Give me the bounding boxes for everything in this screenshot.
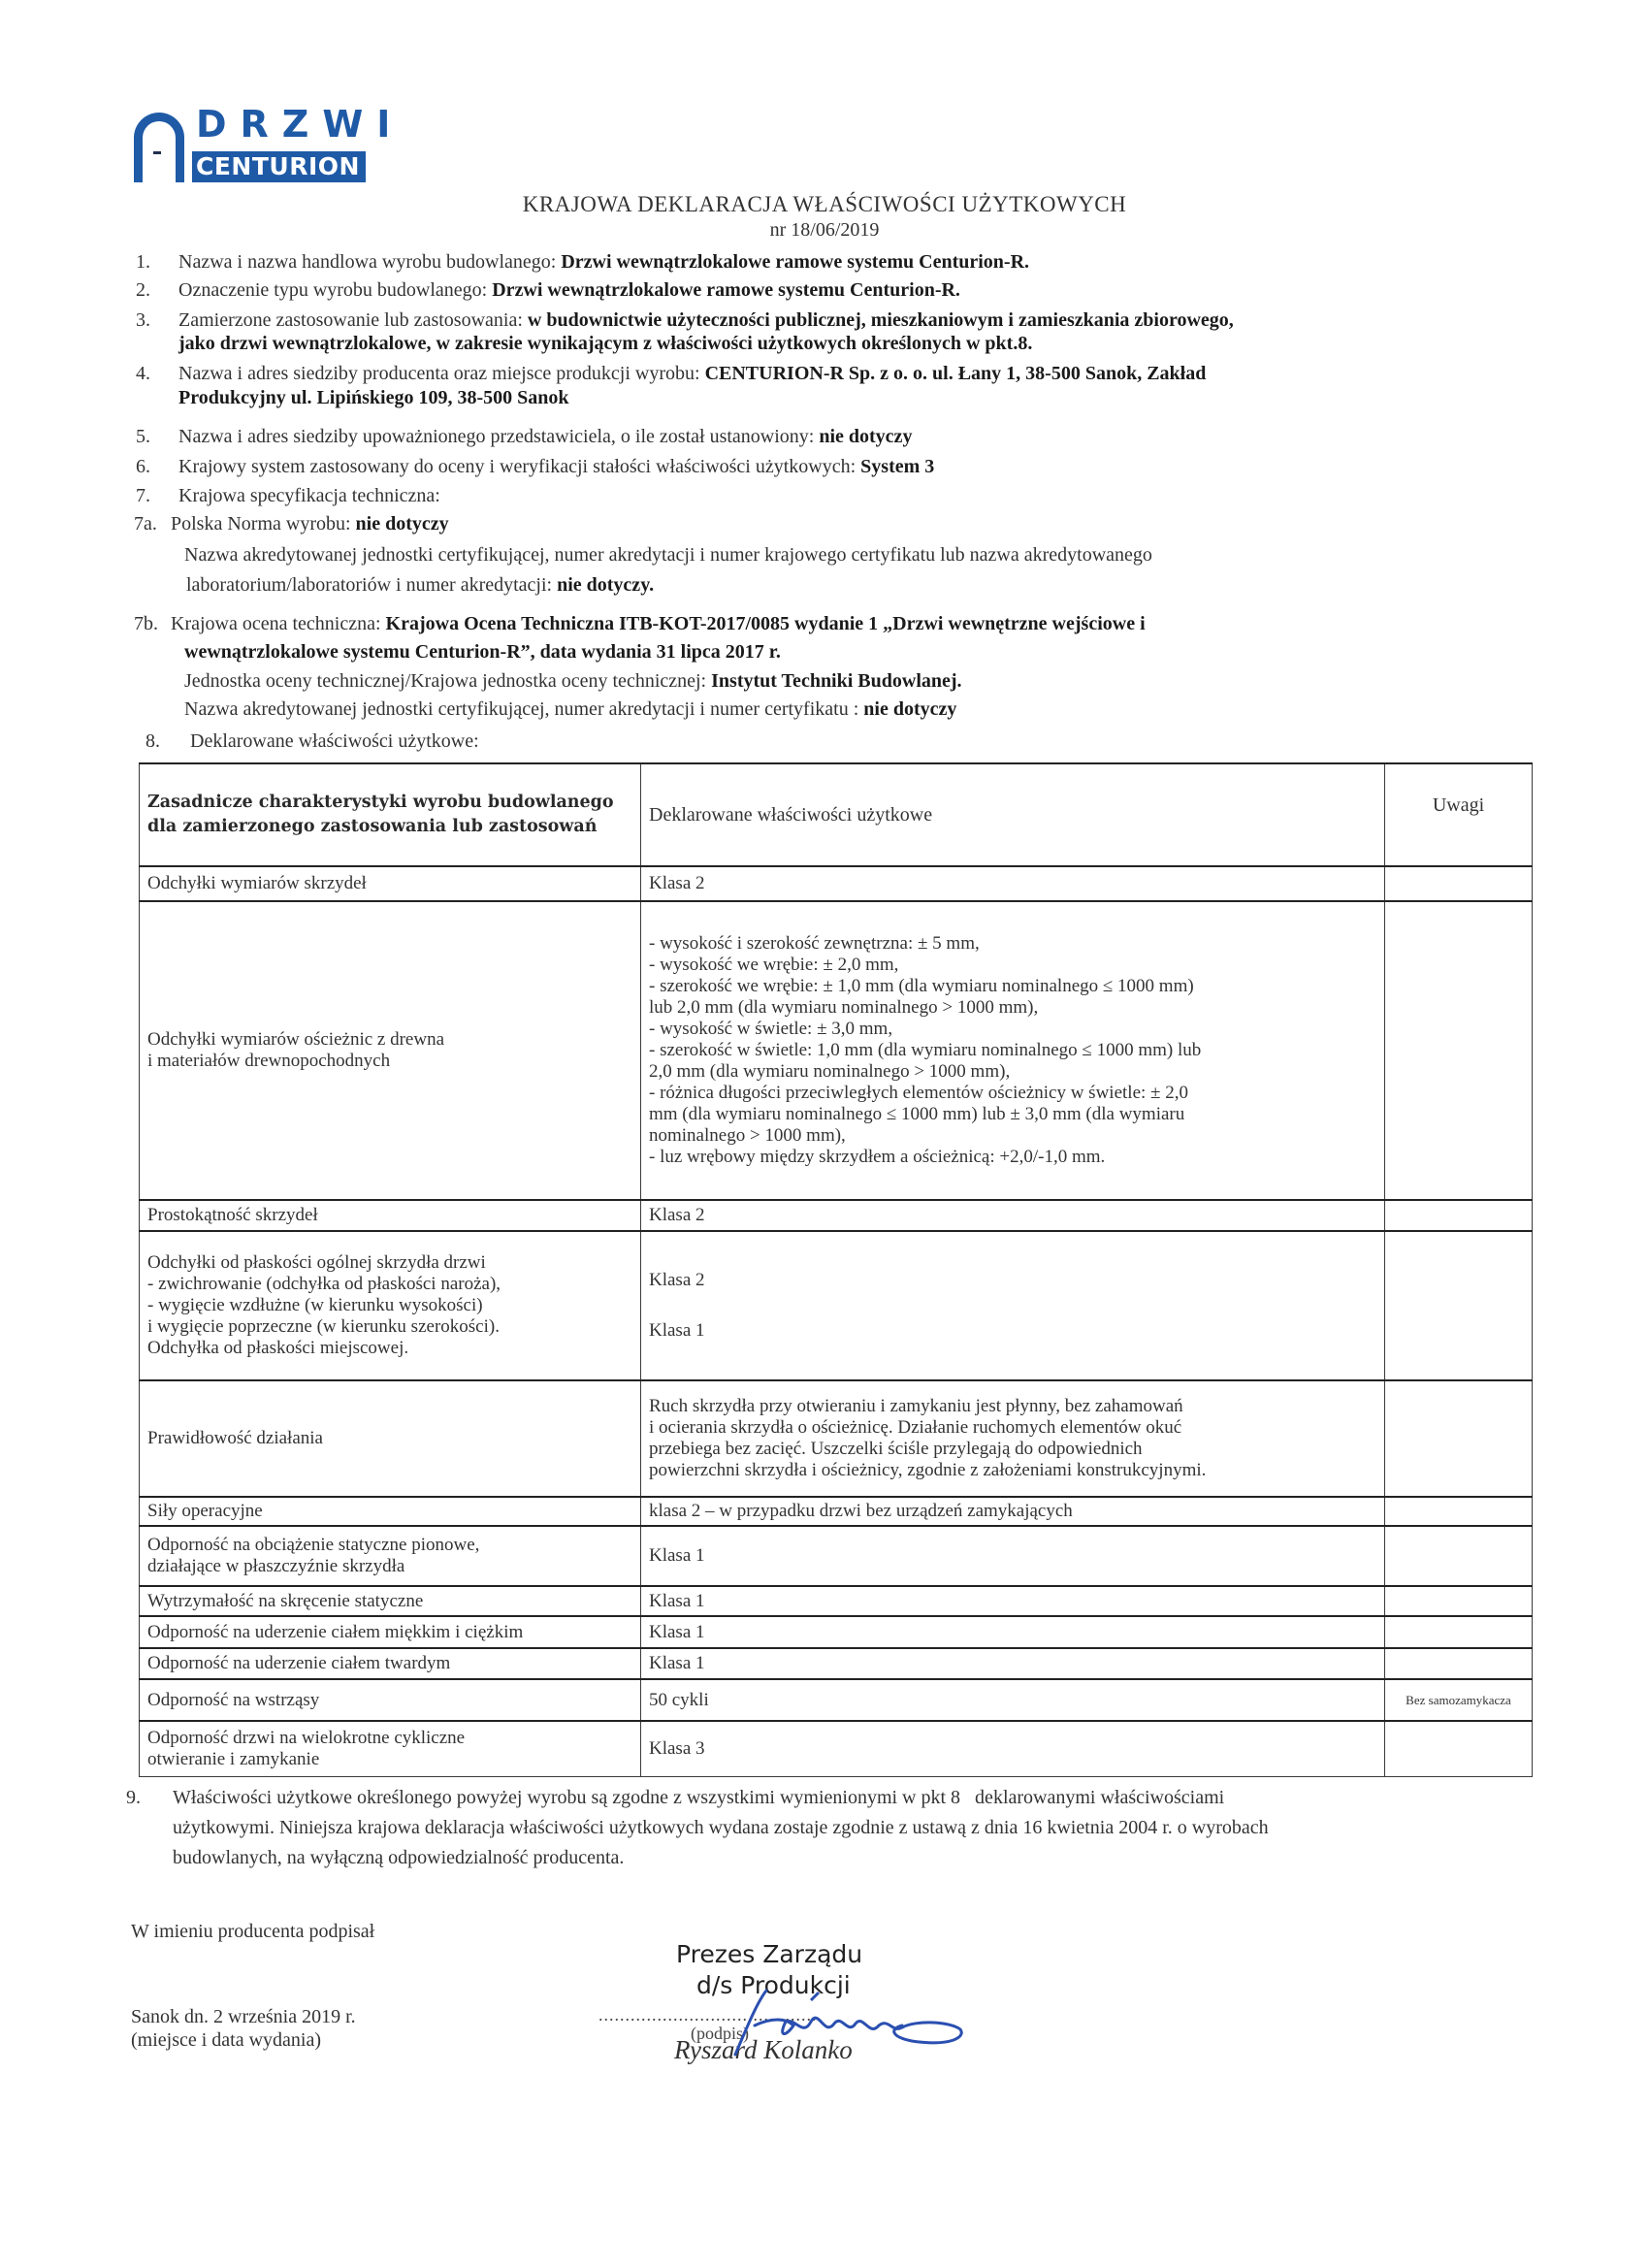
item-line: laboratorium/laboratoriów i numer akredy… [186, 573, 654, 597]
item-line: Krajowy system zastosowany do oceny i we… [178, 455, 934, 478]
logo-text-centurion: CENTURION [192, 151, 366, 182]
characteristic-text: - zwichrowanie (odchyłka od płaskości na… [147, 1274, 632, 1295]
characteristic-cell: Odporność na obciążenie statyczne pionow… [140, 1526, 641, 1586]
performance-cell: klasa 2 – w przypadku drzwi bez urządzeń… [641, 1497, 1385, 1526]
item-value: System 3 [860, 456, 934, 477]
item-value: nie dotyczy. [557, 574, 654, 596]
characteristic-cell: Odporność na wstrząsy [140, 1679, 641, 1721]
item-line: Deklarowane właściwości użytkowe: [190, 729, 479, 753]
handwritten-signature [718, 1979, 970, 2066]
item-line: Polska Norma wyrobu: nie dotyczy [171, 512, 449, 535]
characteristic-text: Odporność na obciążenie statyczne pionow… [147, 1535, 632, 1556]
performance-text: Klasa 3 [649, 1738, 1376, 1760]
notes-cell [1385, 1648, 1533, 1679]
item-line: Zamierzone zastosowanie lub zastosowania… [178, 308, 1234, 332]
characteristic-cell: Siły operacyjne [140, 1497, 641, 1526]
item-label: Oznaczenie typu wyrobu budowlanego: [178, 279, 492, 301]
performance-text: przebiega bez zacięć. Uszczelki ściśle p… [649, 1439, 1376, 1460]
performance-text: - wysokość i szerokość zewnętrzna: ± 5 m… [649, 933, 1376, 955]
table-row: Wytrzymałość na skręcenie statyczneKlasa… [140, 1586, 1533, 1616]
performance-cell: - wysokość i szerokość zewnętrzna: ± 5 m… [641, 901, 1385, 1200]
performance-text: Klasa 1 [649, 1622, 1376, 1643]
door-handle-icon [153, 151, 161, 154]
item-value: Drzwi wewnątrzlokalowe ramowe systemu Ce… [561, 251, 1029, 273]
item-line: Jednostka oceny technicznej/Krajowa jedn… [184, 669, 962, 693]
performance-cell: Klasa 1 [641, 1526, 1385, 1586]
item-number: 5. [136, 425, 150, 448]
item-number: 6. [136, 455, 150, 478]
stamp-title-line1: Prezes Zarządu [676, 1940, 862, 1968]
table-body: Odchyłki wymiarów skrzydełKlasa 2Odchyłk… [140, 866, 1533, 1776]
characteristic-text: Odporność drzwi na wielokrotne cykliczne [147, 1728, 632, 1749]
section-9-line: Właściwości użytkowe określonego powyżej… [126, 1783, 1542, 1813]
characteristic-text: Prawidłowość działania [147, 1428, 632, 1449]
item-label: Nazwa i adres siedziby upoważnionego prz… [178, 426, 819, 447]
company-logo: DRZWI CENTURION [134, 109, 425, 186]
signed-on-behalf-label: W imieniu producenta podpisał [131, 1921, 374, 1943]
item-value: nie dotyczy [819, 426, 912, 447]
header-characteristics: Zasadnicze charakterystyki wyrobu budowl… [140, 763, 641, 866]
characteristic-cell: Odchyłki od płaskości ogólnej skrzydła d… [140, 1231, 641, 1380]
section-9-line: budowlanych, na wyłączną odpowiedzialnoś… [126, 1843, 1542, 1873]
performance-cell: Klasa 1 [641, 1586, 1385, 1616]
door-icon [134, 113, 184, 182]
place-date: Sanok dn. 2 września 2019 r. [131, 2006, 356, 2028]
item-line: Krajowa specyfikacja techniczna: [178, 484, 440, 507]
item-value: Drzwi wewnątrzlokalowe ramowe systemu Ce… [492, 279, 960, 301]
characteristic-cell: Odchyłki wymiarów ościeżnic z drewnai ma… [140, 901, 641, 1200]
notes-cell [1385, 1200, 1533, 1231]
characteristic-text: Odporność na uderzenie ciałem miękkim i … [147, 1622, 632, 1643]
table-row: Odporność drzwi na wielokrotne cykliczne… [140, 1721, 1533, 1776]
performance-text: - wysokość w świetle: ± 3,0 mm, [649, 1019, 1376, 1040]
item-value: Krajowa Ocena Techniczna ITB-KOT-2017/00… [386, 613, 1146, 634]
characteristic-cell: Odporność na uderzenie ciałem miękkim i … [140, 1616, 641, 1648]
table-row: Odporność na wstrząsy50 cykliBez samozam… [140, 1679, 1533, 1721]
item-number: 1. [136, 250, 150, 274]
table-row: Odchyłki od płaskości ogólnej skrzydła d… [140, 1231, 1533, 1380]
table-row: Odchyłki wymiarów ościeżnic z drewnai ma… [140, 901, 1533, 1200]
performance-text: nominalnego > 1000 mm), [649, 1125, 1376, 1147]
item-line: Nazwa i adres siedziby producenta oraz m… [178, 362, 1206, 385]
performance-table: Zasadnicze charakterystyki wyrobu budowl… [139, 762, 1533, 1777]
performance-text: Klasa 2 [649, 1205, 1376, 1226]
performance-text: Klasa 1 [649, 1591, 1376, 1612]
performance-cell: Klasa 2 [641, 866, 1385, 901]
table-row: Prostokątność skrzydełKlasa 2 [140, 1200, 1533, 1231]
performance-cell: Klasa 1 [641, 1648, 1385, 1679]
characteristic-text: Odchyłki od płaskości ogólnej skrzydła d… [147, 1252, 632, 1274]
performance-text: Klasa 2 [649, 873, 1376, 894]
characteristic-text: - wygięcie wzdłużne (w kierunku wysokośc… [147, 1295, 632, 1316]
table-row: Odporność na obciążenie statyczne pionow… [140, 1526, 1533, 1586]
performance-text: Klasa 1 [649, 1545, 1376, 1567]
performance-text: Ruch skrzydła przy otwieraniu i zamykani… [649, 1396, 1376, 1417]
performance-cell: Klasa 1 [641, 1616, 1385, 1648]
item-label: Zamierzone zastosowanie lub zastosowania… [178, 309, 528, 331]
performance-text: 50 cykli [649, 1690, 1376, 1711]
characteristic-text: i materiałów drewnopochodnych [147, 1051, 632, 1072]
item-label: Krajowa ocena techniczna: [171, 613, 386, 634]
item-number: 3. [136, 308, 150, 332]
notes-cell [1385, 901, 1533, 1200]
notes-cell [1385, 1231, 1533, 1380]
characteristic-cell: Wytrzymałość na skręcenie statyczne [140, 1586, 641, 1616]
characteristic-cell: Odchyłki wymiarów skrzydeł [140, 866, 641, 901]
section-9-number: 9. [126, 1783, 141, 1813]
table-row: Odporność na uderzenie ciałem twardymKla… [140, 1648, 1533, 1679]
item-line: Oznaczenie typu wyrobu budowlanego: Drzw… [178, 278, 960, 302]
notes-cell [1385, 1616, 1533, 1648]
characteristic-text: i wygięcie poprzeczne (w kierunku szerok… [147, 1316, 632, 1338]
performance-cell: Klasa 3 [641, 1721, 1385, 1776]
performance-text: - różnica długości przeciwległych elemen… [649, 1083, 1376, 1104]
notes-cell [1385, 1526, 1533, 1586]
item-label: Nazwa i adres siedziby producenta oraz m… [178, 363, 705, 384]
section-9: 9. Właściwości użytkowe określonego powy… [126, 1783, 1542, 1873]
item-label: Krajowy system zastosowany do oceny i we… [178, 456, 860, 477]
characteristic-cell: Prostokątność skrzydeł [140, 1200, 641, 1231]
table-row: Prawidłowość działaniaRuch skrzydła przy… [140, 1380, 1533, 1497]
item-label: Nazwa akredytowanej jednostki certyfikuj… [184, 544, 1152, 566]
performance-text: lub 2,0 mm (dla wymiaru nominalnego > 10… [649, 997, 1376, 1019]
item-line: Nazwa akredytowanej jednostki certyfikuj… [184, 697, 956, 721]
performance-text [649, 1293, 1376, 1318]
notes-cell [1385, 1497, 1533, 1526]
table-row: Odchyłki wymiarów skrzydełKlasa 2 [140, 866, 1533, 901]
performance-text: - luz wrębowy między skrzydłem a ościeżn… [649, 1147, 1376, 1168]
notes-cell [1385, 1586, 1533, 1616]
item-line: Nazwa i nazwa handlowa wyrobu budowlaneg… [178, 250, 1029, 274]
table-header-row: Zasadnicze charakterystyki wyrobu budowl… [140, 763, 1533, 866]
item-label: laboratorium/laboratoriów i numer akredy… [186, 574, 557, 596]
characteristic-text: Wytrzymałość na skręcenie statyczne [147, 1591, 632, 1612]
notes-cell [1385, 1721, 1533, 1776]
item-value: nie dotyczy [356, 513, 449, 535]
item-number: 4. [136, 362, 150, 385]
performance-text: i ocierania skrzydła o ościeżnicę. Dział… [649, 1417, 1376, 1439]
header-performance: Deklarowane właściwości użytkowe [641, 763, 1385, 866]
performance-text: Klasa 1 [649, 1318, 1376, 1344]
item-label: Krajowa specyfikacja techniczna: [178, 485, 440, 506]
table-row: Odporność na uderzenie ciałem miękkim i … [140, 1616, 1533, 1648]
performance-cell: Klasa 2 [641, 1200, 1385, 1231]
characteristic-text: Odporność na uderzenie ciałem twardym [147, 1653, 632, 1674]
performance-text: Klasa 2 [649, 1268, 1376, 1293]
notes-cell [1385, 866, 1533, 901]
item-value: Instytut Techniki Budowlanej. [711, 670, 961, 692]
characteristic-text: Odchyłki wymiarów ościeżnic z drewna [147, 1029, 632, 1051]
item-value: CENTURION-R Sp. z o. o. ul. Łany 1, 38-5… [705, 363, 1207, 384]
characteristic-text: Siły operacyjne [147, 1501, 632, 1522]
item-label: Polska Norma wyrobu: [171, 513, 356, 535]
document-title: KRAJOWA DEKLARACJA WŁAŚCIWOŚCI UŻYTKOWYC… [0, 192, 1649, 217]
item-line-continued: jako drzwi wewnątrzlokalowe, w zakresie … [178, 332, 1032, 355]
performance-text: powierzchni skrzydła i ościeżnicy, zgodn… [649, 1460, 1376, 1481]
document-number: nr 18/06/2019 [0, 219, 1649, 242]
characteristic-cell: Odporność na uderzenie ciałem twardym [140, 1648, 641, 1679]
characteristic-text: Odporność na wstrząsy [147, 1690, 632, 1711]
performance-text: mm (dla wymiaru nominalnego ≤ 1000 mm) l… [649, 1104, 1376, 1125]
performance-text: klasa 2 – w przypadku drzwi bez urządzeń… [649, 1501, 1376, 1522]
notes-cell: Bez samozamykacza [1385, 1679, 1533, 1721]
item-line-continued: wewnątrzlokalowe systemu Centurion-R”, d… [184, 640, 781, 664]
characteristic-cell: Prawidłowość działania [140, 1380, 641, 1497]
item-number: 2. [136, 278, 150, 302]
performance-text: Klasa 1 [649, 1653, 1376, 1674]
item-label: Nazwa i nazwa handlowa wyrobu budowlaneg… [178, 251, 561, 273]
item-label: Deklarowane właściwości użytkowe: [190, 730, 479, 752]
characteristic-text: otwieranie i zamykanie [147, 1749, 632, 1770]
place-date-caption: (miejsce i data wydania) [131, 2029, 321, 2052]
performance-text [649, 1243, 1376, 1268]
characteristic-cell: Odporność drzwi na wielokrotne cykliczne… [140, 1721, 641, 1776]
performance-text: - szerokość we wrębie: ± 1,0 mm (dla wym… [649, 976, 1376, 997]
characteristic-text: Prostokątność skrzydeł [147, 1205, 632, 1226]
item-value: w budownictwie użyteczności publicznej, … [528, 309, 1234, 331]
item-label: Jednostka oceny technicznej/Krajowa jedn… [184, 670, 711, 692]
item-line: Krajowa ocena techniczna: Krajowa Ocena … [171, 612, 1146, 635]
item-number: 7a. [134, 512, 157, 535]
table-row: Siły operacyjneklasa 2 – w przypadku drz… [140, 1497, 1533, 1526]
characteristic-text: Odchyłki wymiarów skrzydeł [147, 873, 632, 894]
performance-text: - szerokość w świetle: 1,0 mm (dla wymia… [649, 1040, 1376, 1061]
item-number: 7b. [134, 612, 158, 635]
notes-cell [1385, 1380, 1533, 1497]
logo-text-drzwi: DRZWI [196, 103, 404, 146]
performance-text: 2,0 mm (dla wymiaru nominalnego > 1000 m… [649, 1061, 1376, 1083]
performance-cell: Klasa 2 Klasa 1 [641, 1231, 1385, 1380]
performance-text: - wysokość we wrębie: ± 2,0 mm, [649, 955, 1376, 976]
item-number: 8. [145, 729, 160, 753]
section-9-line: użytkowymi. Niniejsza krajowa deklaracja… [126, 1813, 1542, 1843]
item-line: Nazwa akredytowanej jednostki certyfikuj… [184, 543, 1152, 567]
performance-cell: Ruch skrzydła przy otwieraniu i zamykani… [641, 1380, 1385, 1497]
header-notes: Uwagi [1385, 763, 1533, 866]
performance-text [649, 1344, 1376, 1369]
characteristic-text: działające w płaszczyźnie skrzydła [147, 1556, 632, 1577]
item-value: nie dotyczy [863, 698, 956, 720]
performance-cell: 50 cykli [641, 1679, 1385, 1721]
characteristic-text: Odchyłka od płaskości miejscowej. [147, 1338, 632, 1359]
item-number: 7. [136, 484, 150, 507]
item-label: Nazwa akredytowanej jednostki certyfikuj… [184, 698, 863, 720]
item-line-continued: Produkcyjny ul. Lipińskiego 109, 38-500 … [178, 386, 569, 409]
item-line: Nazwa i adres siedziby upoważnionego prz… [178, 425, 912, 448]
